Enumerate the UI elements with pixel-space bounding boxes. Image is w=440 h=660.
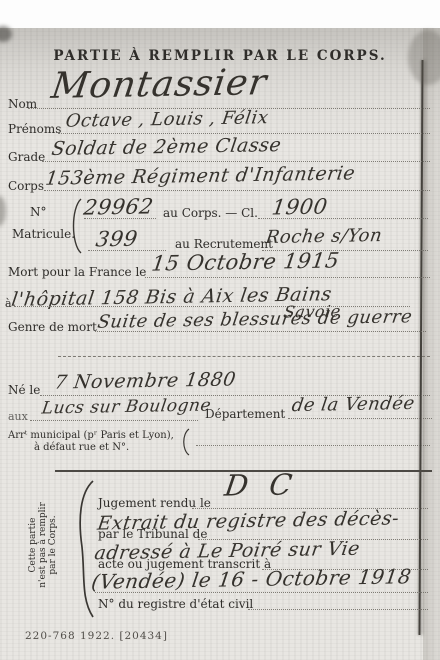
genre-mort-label: Genre de mort xyxy=(8,320,97,334)
side-note-line1: Cette partie xyxy=(28,475,38,615)
jugement-date-line xyxy=(95,592,428,593)
departement-line xyxy=(288,418,432,419)
document-page: PARTIE À REMPLIR PAR LE CORPS. Nom Monta… xyxy=(0,0,440,660)
mort-value: 15 Octobre 1915 xyxy=(150,248,341,275)
arrondissement-brace-icon xyxy=(180,428,192,456)
matricule-recrutement-value: 399 xyxy=(94,227,139,252)
genre-mort-line xyxy=(95,331,426,332)
corps-line xyxy=(44,190,430,191)
mort-label: Mort pour la France le xyxy=(8,265,146,279)
corps-label: Corps xyxy=(8,179,44,193)
arrondissement-label-line1: Arrᵗ municipal (pʳ Paris et Lyon), xyxy=(8,430,174,441)
grade-value: Soldat de 2ème Classe xyxy=(50,134,283,160)
jugement-rendu-value: D C xyxy=(223,467,301,502)
registre-line xyxy=(248,609,428,610)
lieu-naissance-line xyxy=(30,420,198,421)
matricule-recrutement-place: Roche s/Yon xyxy=(264,225,383,248)
matricule-classe-value: 1900 xyxy=(270,195,329,220)
section-divider xyxy=(58,356,430,357)
jugement-transcrit-value: adressé à Le Poiré sur Vie xyxy=(93,538,361,565)
side-note-line3: par le Corps. xyxy=(48,475,58,615)
matricule-corps-label: au Corps. — Cl. xyxy=(163,206,258,220)
matricule-corps-line xyxy=(84,218,156,219)
departement-label: Département xyxy=(205,407,285,421)
grade-label: Grade xyxy=(8,150,45,164)
nom-value: Montassier xyxy=(49,62,270,107)
printer-imprint: 220-768 1922. [20434] xyxy=(25,630,168,642)
matricule-label-line2: Matricule. xyxy=(12,227,75,241)
departement-value: de la Vendée xyxy=(290,393,416,416)
matricule-brace-icon xyxy=(68,198,84,254)
form-title: PARTIE À REMPLIR PAR LE CORPS. xyxy=(0,48,440,64)
mort-line xyxy=(145,277,430,278)
matricule-label-line1: N° xyxy=(30,205,47,219)
side-note-line2: n'est pas à remplir xyxy=(38,475,48,615)
registre-label: N° du registre d'état civil xyxy=(98,597,253,611)
page-edge-shadow xyxy=(423,28,440,660)
matricule-corps-value: 29962 xyxy=(82,194,155,219)
lieu-naissance-value: Lucs sur Boulogne xyxy=(40,396,212,419)
side-note: Cette partie n'est pas à remplir par le … xyxy=(28,475,68,615)
ne-le-value: 7 Novembre 1880 xyxy=(53,368,237,393)
prenoms-value: Octave , Louis , Félix xyxy=(64,107,270,132)
lieu-naissance-label: aux xyxy=(8,410,28,423)
ne-le-label: Né le xyxy=(8,383,40,397)
prenoms-label: Prénoms xyxy=(8,122,61,136)
arrondissement-label-line2: à défaut rue et N°. xyxy=(34,442,129,453)
grade-line xyxy=(42,161,430,162)
arrondissement-line xyxy=(196,445,430,446)
matricule-classe-line xyxy=(258,218,428,219)
